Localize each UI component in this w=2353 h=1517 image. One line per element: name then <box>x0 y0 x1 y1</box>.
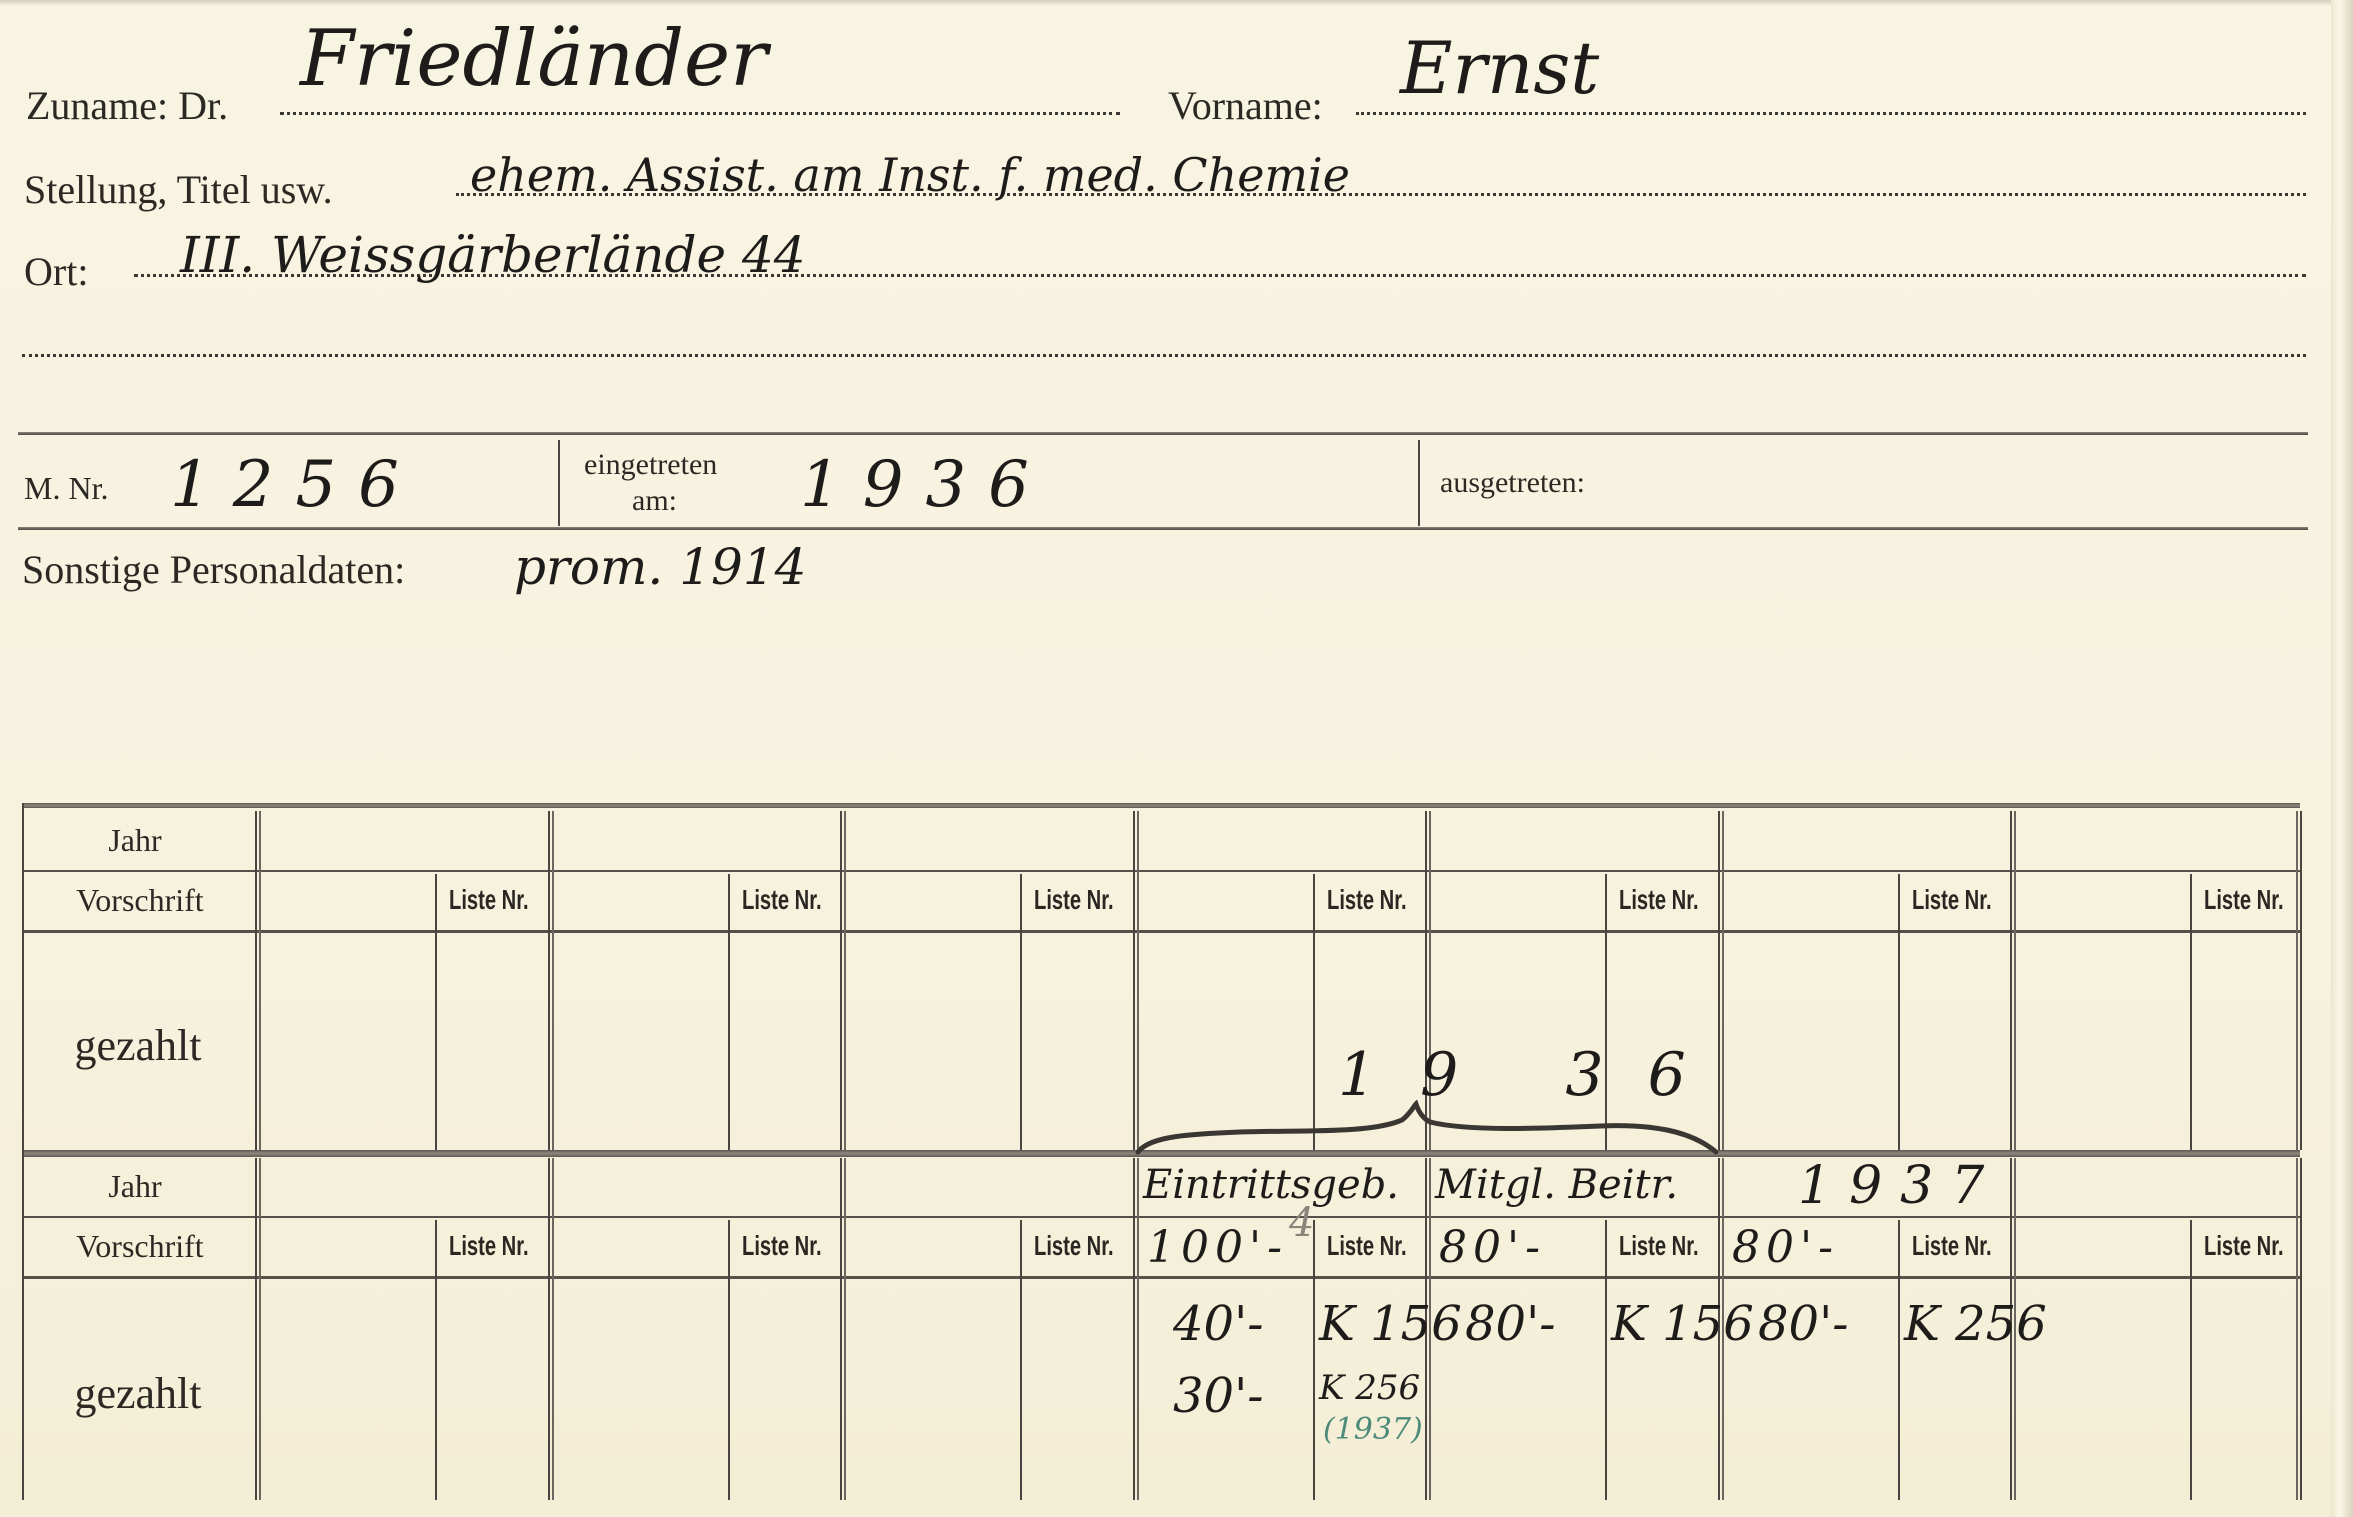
eingetreten-am-label: am: <box>632 484 677 518</box>
lower-liste-col-1-divider <box>435 1220 437 1500</box>
upper-liste-col-3-divider <box>1020 874 1022 1150</box>
mnr-value: 1256 <box>170 448 421 522</box>
lower-liste-nr-header-4: Liste Nr. <box>1327 1230 1407 1262</box>
ausgetreten-label: ausgetreten: <box>1440 466 1585 500</box>
upper-liste-nr-header-4: Liste Nr. <box>1327 884 1407 916</box>
lower-gezahlt-liste-cell-5-1: K 156 <box>1611 1296 1754 1352</box>
lower-jahr-cell-5: Mitgl. Beitr. <box>1435 1162 1678 1208</box>
lower-year-col-2-divider <box>548 1158 550 1500</box>
lower-liste-col-5-divider <box>1605 1220 1607 1500</box>
lower-vorschrift-row-bottom <box>22 1276 2300 1279</box>
lower-liste-nr-header-5: Liste Nr. <box>1619 1230 1699 1262</box>
upper-liste-col-6-divider <box>1898 874 1900 1150</box>
lower-vorschrift-cell-4: 100'- <box>1147 1222 1288 1273</box>
year-annotation: 19 36 <box>1338 1040 1730 1110</box>
upper-gezahlt-label: gezahlt <box>24 1020 252 1071</box>
lower-liste-nr-header-3: Liste Nr. <box>1034 1230 1114 1262</box>
membership-band-bottom-rule <box>18 527 2308 530</box>
upper-table-right-border <box>2300 811 2302 1150</box>
membership-band-divider-2 <box>1418 440 1420 526</box>
lower-gezahlt-liste-note-4: (1937) <box>1323 1412 1423 1447</box>
upper-liste-nr-header-1: Liste Nr. <box>449 884 529 916</box>
lower-liste-col-7-divider <box>2190 1220 2192 1500</box>
lower-gezahlt-liste-cell-6-1: K 256 <box>1904 1296 2047 1352</box>
vorname-line <box>1356 112 2306 115</box>
lower-liste-col-3-divider <box>1020 1220 1022 1500</box>
lower-gezahlt-liste-cell-4-2: K 256 <box>1319 1368 1420 1408</box>
lower-gezahlt-label: gezahlt <box>24 1368 252 1419</box>
upper-year-col-3-divider <box>840 811 842 1150</box>
stellung-label: Stellung, Titel usw. <box>24 166 333 213</box>
upper-table-top-rule <box>22 803 2300 808</box>
upper-year-col-2-divider <box>548 811 550 1150</box>
upper-liste-nr-header-3: Liste Nr. <box>1034 884 1114 916</box>
lower-gezahlt-liste-cell-4-1: K 156 <box>1319 1296 1462 1352</box>
upper-liste-nr-header-2: Liste Nr. <box>742 884 822 916</box>
lower-gezahlt-cell-5-1: 80'- <box>1465 1296 1556 1352</box>
membership-band-divider-1 <box>558 440 560 526</box>
ort-label: Ort: <box>24 248 88 295</box>
lower-vorschrift-label: Vorschrift <box>24 1228 256 1265</box>
lower-liste-nr-header-7: Liste Nr. <box>2204 1230 2284 1262</box>
lower-vorschrift-cell-5: 80'- <box>1439 1222 1546 1273</box>
lower-jahr-cell-6: 1937 <box>1798 1156 2002 1216</box>
lower-liste-col-6-divider <box>1898 1220 1900 1500</box>
upper-jahr-label: Jahr <box>24 822 246 859</box>
upper-vorschrift-label: Vorschrift <box>24 882 256 919</box>
blank-line <box>22 354 2306 357</box>
eingetreten-value: 1936 <box>800 448 1051 522</box>
lower-jahr-label: Jahr <box>24 1168 246 1205</box>
membership-band-top-rule <box>18 432 2308 435</box>
card-right-edge <box>2331 0 2353 1517</box>
upper-jahr-row-bottom <box>22 870 2300 872</box>
lower-jahr-row-bottom <box>22 1216 2300 1218</box>
vorname-value: Ernst <box>1400 26 1599 110</box>
lower-vorschrift-cell-6: 80'- <box>1732 1222 1839 1273</box>
sonstige-value: prom. 1914 <box>514 538 806 596</box>
lower-liste-note-4: 4 <box>1289 1200 1314 1246</box>
upper-year-col-1-divider <box>255 811 257 1150</box>
upper-liste-col-2-divider <box>728 874 730 1150</box>
lower-gezahlt-cell-4-2: 30'- <box>1173 1368 1264 1424</box>
lower-gezahlt-cell-4-1: 40'- <box>1173 1296 1264 1352</box>
upper-liste-nr-header-6: Liste Nr. <box>1912 884 1992 916</box>
upper-liste-nr-header-5: Liste Nr. <box>1619 884 1699 916</box>
lower-gezahlt-cell-6-1: 80'- <box>1758 1296 1849 1352</box>
lower-liste-col-4-divider <box>1313 1220 1315 1500</box>
membership-index-card: Zuname: Dr. Friedländer Vorname: Ernst S… <box>0 0 2353 1517</box>
lower-year-col-3-divider <box>840 1158 842 1500</box>
lower-year-col-4-divider <box>1133 1158 1135 1500</box>
card-top-edge <box>0 0 2353 6</box>
lower-liste-nr-header-1: Liste Nr. <box>449 1230 529 1262</box>
upper-vorschrift-row-bottom <box>22 930 2300 933</box>
lower-year-col-1-divider <box>255 1158 257 1500</box>
lower-liste-col-2-divider <box>728 1220 730 1500</box>
sonstige-label: Sonstige Personaldaten: <box>22 546 405 593</box>
lower-liste-nr-header-2: Liste Nr. <box>742 1230 822 1262</box>
ort-value: III. Weissgärberlände 44 <box>180 226 806 284</box>
upper-liste-col-7-divider <box>2190 874 2192 1150</box>
mnr-label: M. Nr. <box>24 470 108 507</box>
stellung-value: ehem. Assist. am Inst. f. med. Chemie <box>470 148 1350 202</box>
vorname-label: Vorname: <box>1168 82 1323 129</box>
zuname-line <box>280 112 1120 115</box>
lower-jahr-cell-4: Eintrittsgeb. <box>1143 1162 1399 1208</box>
lower-table-right-border <box>2300 1158 2302 1500</box>
upper-liste-col-1-divider <box>435 874 437 1150</box>
lower-liste-nr-header-6: Liste Nr. <box>1912 1230 1992 1262</box>
zuname-value: Friedländer <box>300 14 768 104</box>
upper-liste-nr-header-7: Liste Nr. <box>2204 884 2284 916</box>
eingetreten-label: eingetreten <box>584 448 717 482</box>
zuname-label: Zuname: Dr. <box>26 82 228 129</box>
upper-year-col-7-divider <box>2010 811 2012 1150</box>
